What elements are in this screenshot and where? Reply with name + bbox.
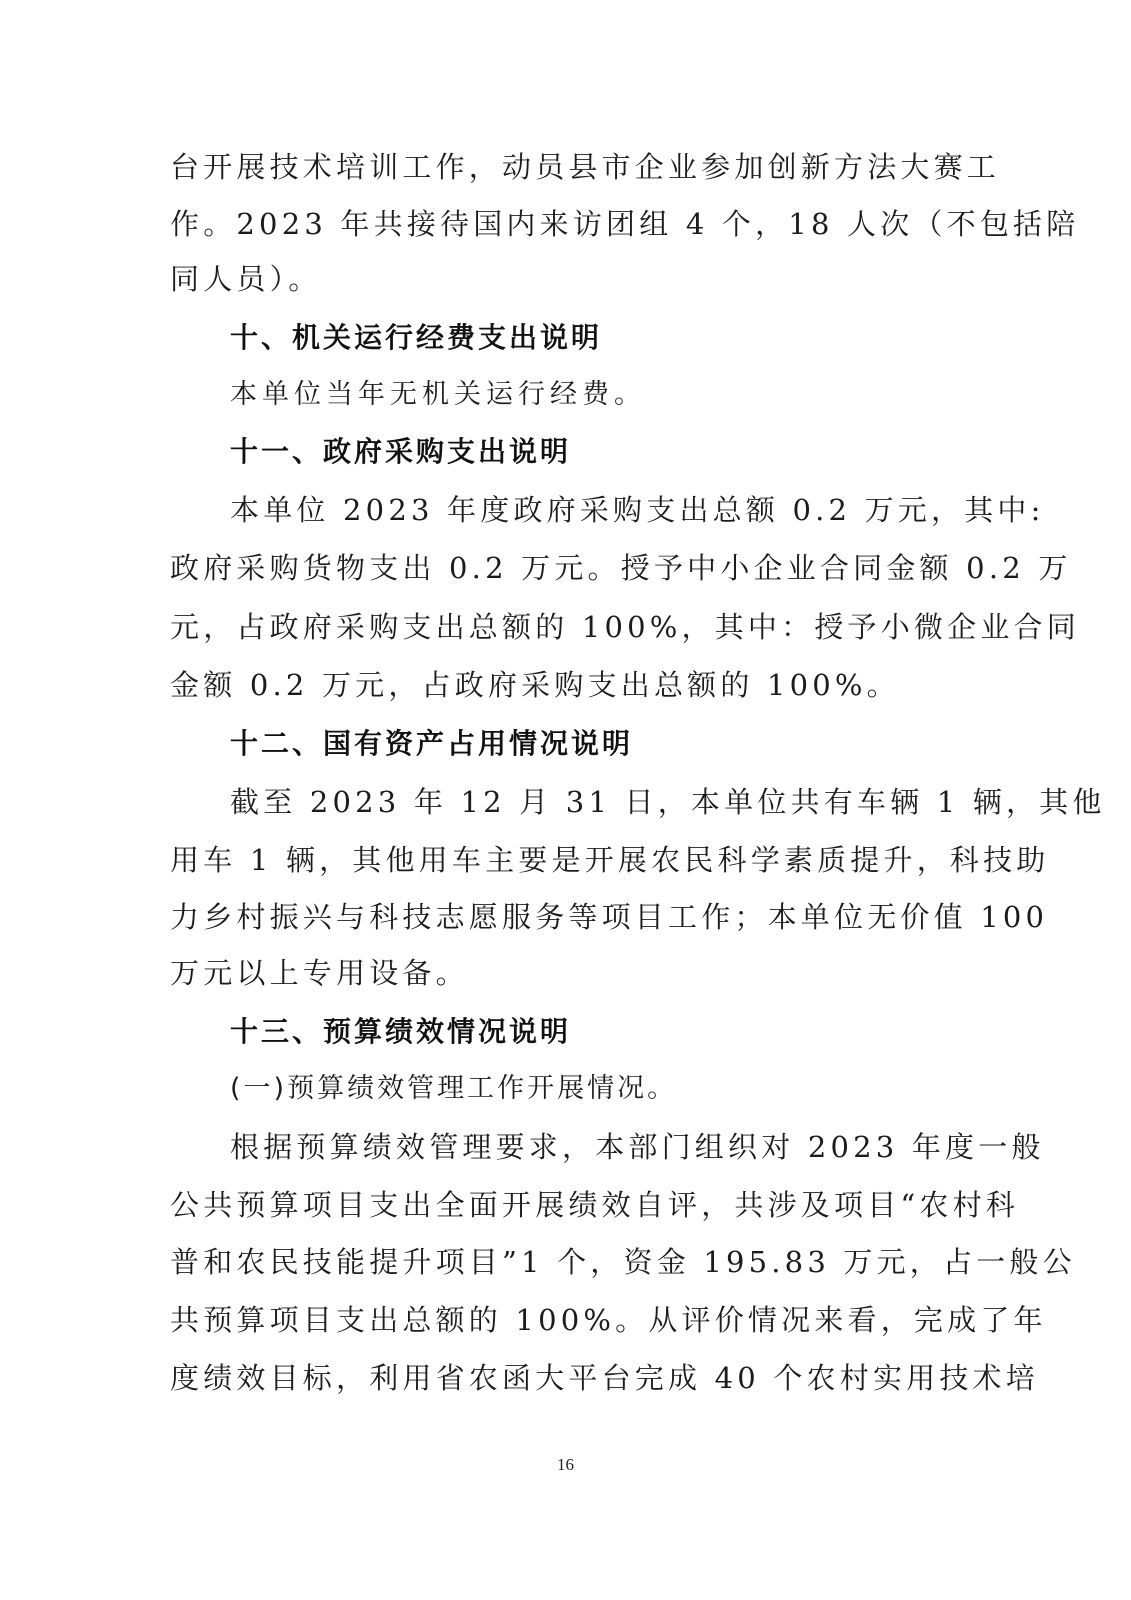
body-line: 作。2023 年共接待国内来访团组 4 个，18 人次（不包括陪 xyxy=(170,204,942,244)
body-line: 政府采购货物支出 0.2 万元。授予中小企业合同金额 0.2 万 xyxy=(170,548,942,588)
body-line: 共预算项目支出总额的 100%。从评价情况来看，完成了年 xyxy=(170,1300,942,1340)
body-line: 度绩效目标，利用省农函大平台完成 40 个农村实用技术培 xyxy=(170,1358,942,1398)
body-line: 根据预算绩效管理要求，本部门组织对 2023 年度一般 xyxy=(230,1127,942,1167)
section-heading-10: 十、机关运行经费支出说明 xyxy=(230,318,1002,358)
body-line: 用车 1 辆，其他用车主要是开展农民科学素质提升，科技助 xyxy=(170,840,942,880)
section-heading-11: 十一、政府采购支出说明 xyxy=(230,432,1002,472)
page-number: 16 xyxy=(0,1455,1131,1475)
section-heading-13: 十三、预算绩效情况说明 xyxy=(230,1012,1002,1052)
body-line: 本单位 2023 年度政府采购支出总额 0.2 万元，其中: xyxy=(230,490,942,530)
body-line: 普和农民技能提升项目”1 个，资金 195.83 万元，占一般公 xyxy=(170,1242,942,1282)
body-line: 万元以上专用设备。 xyxy=(170,953,942,993)
body-line: 金额 0.2 万元，占政府采购支出总额的 100%。 xyxy=(170,665,942,705)
body-line: 本单位当年无机关运行经费。 xyxy=(230,375,1002,415)
body-line: 力乡村振兴与科技志愿服务等项目工作；本单位无价值 100 xyxy=(170,897,942,937)
document-page: 台开展技术培训工作，动员县市企业参加创新方法大赛工 作。2023 年共接待国内来… xyxy=(0,0,1131,1600)
body-line: 台开展技术培训工作，动员县市企业参加创新方法大赛工 xyxy=(170,147,942,187)
body-line: 同人员）。 xyxy=(170,259,942,299)
body-line: 公共预算项目支出全面开展绩效自评，共涉及项目“农村科 xyxy=(170,1185,942,1225)
section-heading-12: 十二、国有资产占用情况说明 xyxy=(230,724,1002,764)
body-line: 截至 2023 年 12 月 31 日，本单位共有车辆 1 辆，其他 xyxy=(230,782,942,822)
subsection-heading: (一)预算绩效管理工作开展情况。 xyxy=(230,1069,1002,1109)
body-line: 元，占政府采购支出总额的 100%，其中：授予小微企业合同 xyxy=(170,607,942,647)
